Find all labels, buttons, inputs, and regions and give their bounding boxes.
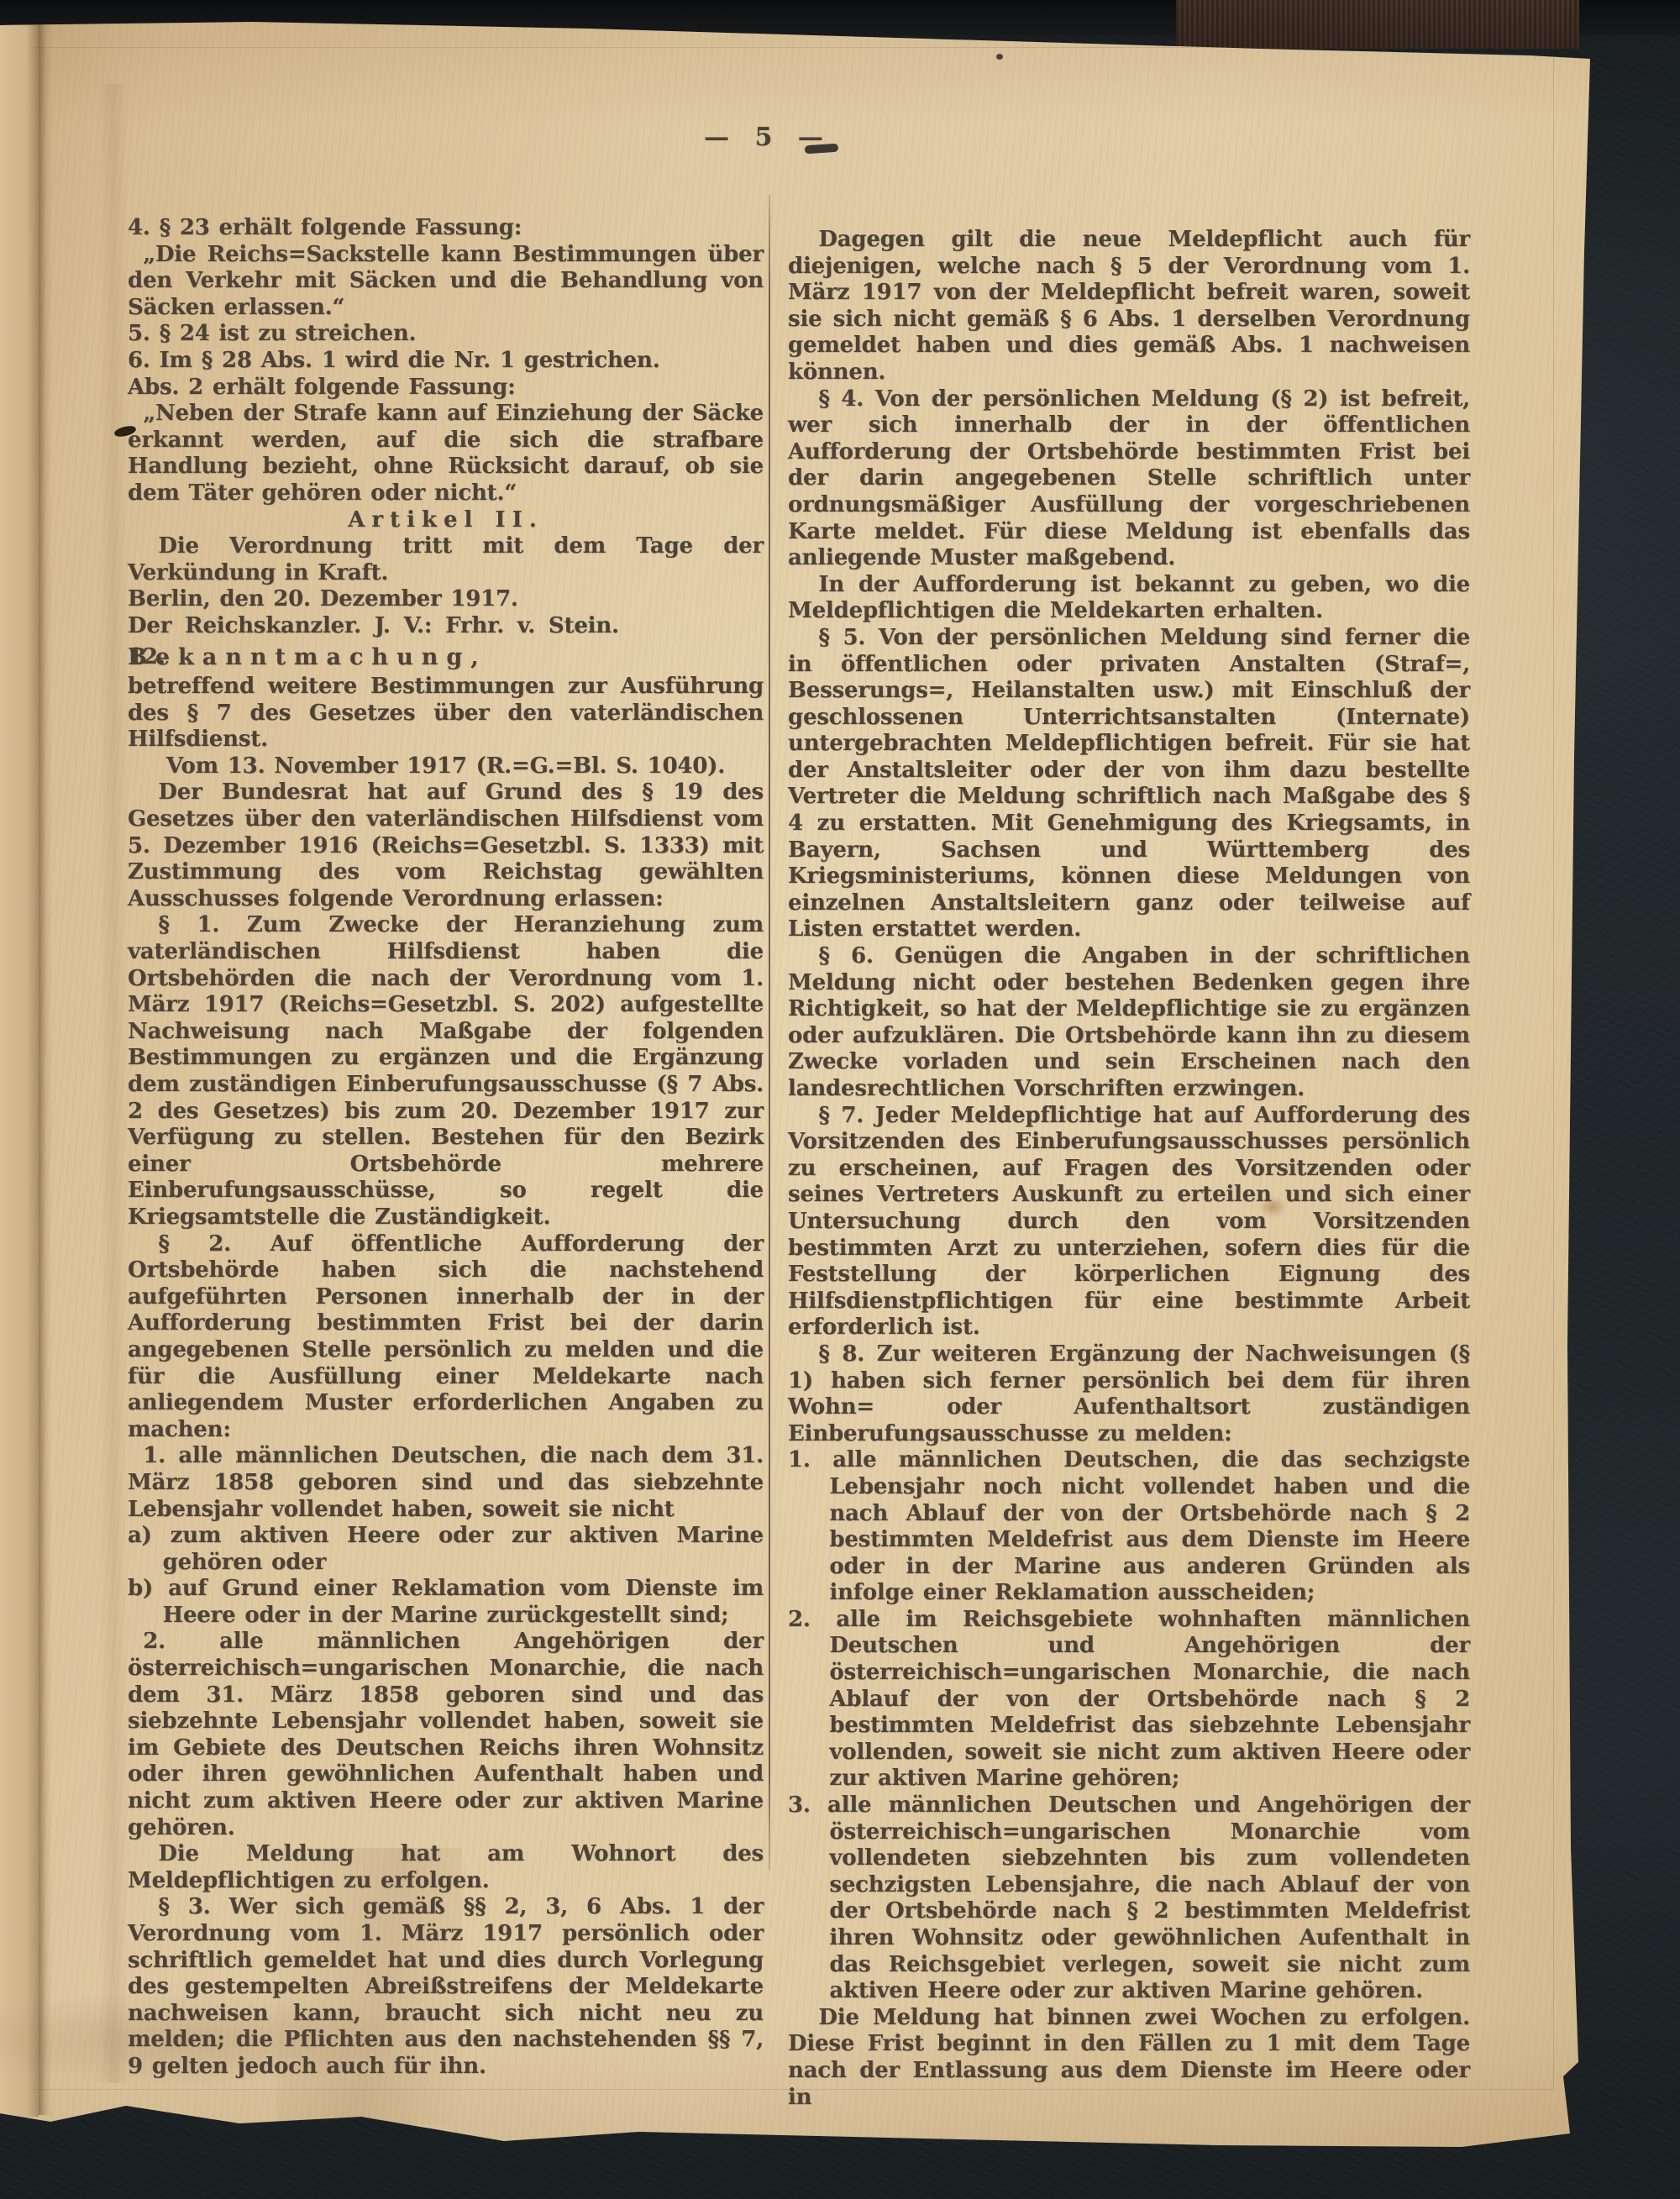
- right-column: Dagegen gilt die neue Meldepflicht auch …: [788, 227, 1470, 2111]
- page-crease: [39, 24, 52, 2115]
- ink-speck: [996, 54, 1003, 60]
- page-left-edge: [0, 24, 39, 2117]
- header-dash-left: —: [704, 123, 731, 152]
- paragraph: Die Meldung hat binnen zwei Wochen zu er…: [788, 2005, 1470, 2111]
- column-divider: [769, 195, 770, 1871]
- paragraph: „Die Reichs=Sackstelle kann Bestimmungen…: [128, 242, 764, 322]
- paragraph: Der Bundesrat hat auf Grund des § 19 des…: [128, 779, 764, 912]
- paragraph: § 7. Jeder Meldepflichtige hat auf Auffo…: [788, 1103, 1470, 1341]
- paragraph: 3. alle männlichen Deutschen und Angehör…: [788, 1792, 1470, 2005]
- left-column: 4. § 23 erhält folgende Fassung:„Die Rei…: [128, 215, 764, 2081]
- paragraph: Der Reichskanzler. J. V.: Frhr. v. Stein…: [128, 613, 764, 640]
- paragraph: Die Meldung hat am Wohnort des Meldepfli…: [128, 1841, 764, 1894]
- header-page-number: 5: [755, 123, 774, 152]
- paragraph: § 1. Zum Zwecke der Heranziehung zum vat…: [128, 912, 764, 1231]
- document-page: — 5 — 4. § 23 erhält folgende Fassung:„D…: [0, 0, 1680, 2199]
- heading-text: Bekanntmachung,: [128, 644, 487, 670]
- paragraph: In der Aufforderung ist bekannt zu geben…: [788, 572, 1470, 625]
- item-number: 12.: [128, 644, 165, 671]
- paragraph: Vom 13. November 1917 (R.=G.=Bl. S. 1040…: [128, 753, 764, 780]
- section-heading-row: 12.Bekanntmachung,: [128, 644, 764, 672]
- paragraph: 5. § 24 ist zu streichen.: [128, 321, 764, 348]
- paragraph: b) auf Grund einer Reklamation vom Diens…: [128, 1576, 764, 1629]
- paragraph: 1. alle männlichen Deutschen, die nach d…: [128, 1443, 764, 1523]
- paragraph: § 4. Von der persönlichen Meldung (§ 2) …: [788, 386, 1470, 572]
- paragraph: 2. alle im Reichsgebiete wohnhaften männ…: [788, 1607, 1470, 1792]
- paragraph: Die Verordnung tritt mit dem Tage der Ve…: [128, 533, 764, 586]
- paragraph: 6. Im § 28 Abs. 1 wird die Nr. 1 gestric…: [128, 348, 764, 375]
- paragraph: 2. alle männlichen Angehörigen der öster…: [128, 1629, 764, 1841]
- binding-strip: [1176, 0, 1579, 49]
- paragraph: 4. § 23 erhält folgende Fassung:: [128, 215, 764, 242]
- paragraph: Berlin, den 20. Dezember 1917.: [128, 586, 764, 613]
- paragraph: § 5. Von der persönlichen Meldung sind f…: [788, 625, 1470, 943]
- page-crease: [99, 84, 128, 2083]
- paragraph: Dagegen gilt die neue Meldepflicht auch …: [788, 227, 1470, 386]
- paragraph: § 6. Genügen die Angaben in der schriftl…: [788, 943, 1470, 1103]
- header-dash-right: —: [798, 123, 825, 152]
- paragraph: betreffend weitere Bestimmungen zur Ausf…: [128, 674, 764, 753]
- paragraph: a) zum aktiven Heere oder zur aktiven Ma…: [128, 1523, 764, 1576]
- paragraph: § 8. Zur weiteren Ergänzung der Nachweis…: [788, 1341, 1470, 1447]
- paragraph: Artikel II.: [128, 507, 764, 534]
- page-number: — 5 —: [664, 123, 865, 152]
- paragraph: „Neben der Strafe kann auf Einziehung de…: [128, 401, 764, 506]
- paragraph: 1. alle männlichen Deutschen, die das se…: [788, 1447, 1470, 1607]
- paragraph: § 2. Auf öffentliche Aufforderung der Or…: [128, 1231, 764, 1444]
- paragraph: Abs. 2 erhält folgende Fassung:: [128, 375, 764, 401]
- paragraph: § 3. Wer sich gemäß §§ 2, 3, 6 Abs. 1 de…: [128, 1894, 764, 2080]
